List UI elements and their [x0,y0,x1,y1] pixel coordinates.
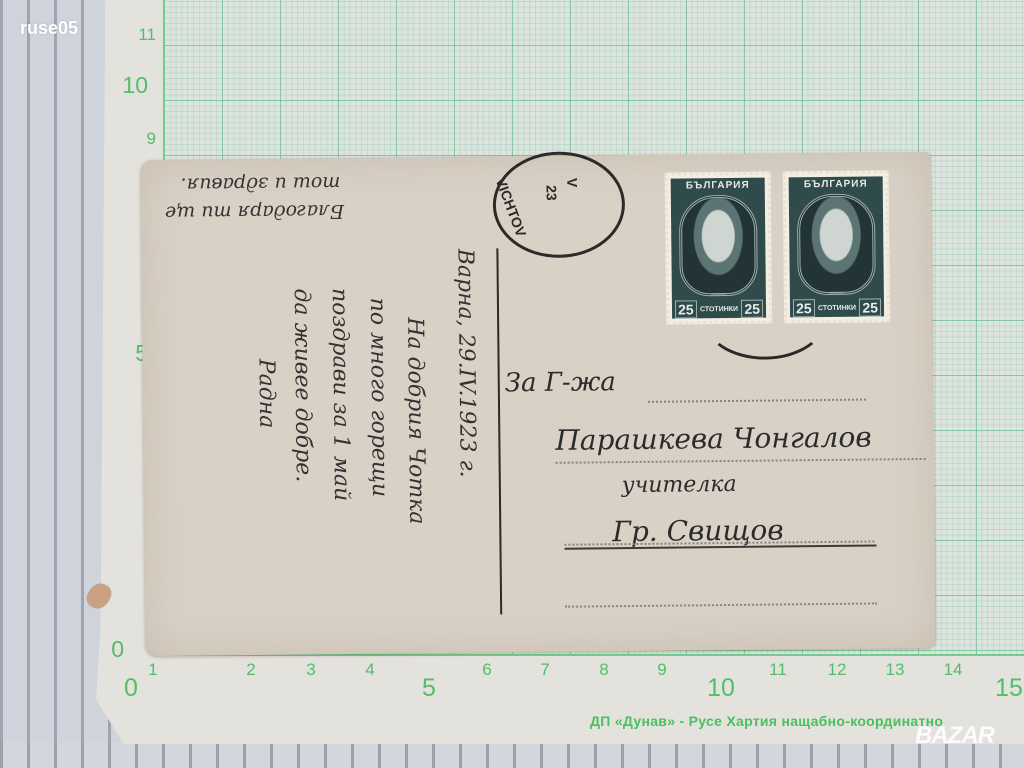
scale-label-x: 11 [763,660,793,680]
scale-label-y: 10 [110,72,148,99]
scale-label-y: 11 [120,25,156,45]
scale-label-x: 6 [472,660,502,680]
notebook-bottom-strip [0,742,1024,768]
postmark-day: 23 [543,185,559,201]
address-dotted-line [556,458,926,464]
message-line: да живее добре. [289,288,316,482]
stamp-value: 25 [859,298,881,316]
stamp-unit: СТОТИНКИ [700,305,738,312]
scale-label-x: 8 [589,660,619,680]
postcard: тош и здравия. Благодаря ти ще Варна, 29… [140,152,935,656]
scale-label-x: 15 [994,674,1024,703]
postage-stamp: БЪЛГАРИЯ 25 СТОТИНКИ 25 [665,172,773,325]
scale-label-x: 7 [530,660,560,680]
stamp-portrait [797,193,876,295]
stamp-portrait [679,195,758,297]
address-dotted-line [648,399,866,403]
stamp-country: БЪЛГАРИЯ [686,180,750,192]
upside-down-note-line: тош и здравия. [181,172,341,196]
scale-label-x: 12 [822,660,852,680]
postmark-city: VICHTOV [493,175,530,239]
message-place-date: Варна, 29.IV.1923 г. [452,249,479,478]
message-signature: Радна [254,359,280,429]
postmark-top: VICHTOV 23 V [492,151,625,258]
stamp-country: БЪЛГАРИЯ [804,179,868,191]
graph-paper-imprint: ДП «Дунав» - Русе Хартия нащабно-координ… [590,713,943,729]
address-line-occupation: учителка [622,472,737,498]
message-line: по много горещи [365,298,392,498]
scale-label-x: 9 [647,660,677,680]
address-line-recipient-title: За Г-жа [505,367,616,398]
scale-label-x: 3 [296,660,326,680]
scale-label-x: 14 [938,660,968,680]
postmark-month: V [564,178,580,188]
stamp-unit: СТОТИНКИ [818,304,856,311]
scale-label-x: 1 [138,660,168,680]
message-line: На добрия Чотка [402,317,429,524]
scale-label-x: 10 [700,674,742,703]
scale-label-x: 13 [880,660,910,680]
upside-down-note-line: Благодаря ти ще [165,200,344,224]
stamp-value: 25 [741,300,763,318]
address-dotted-line [565,602,877,607]
scale-label-y: 9 [120,129,156,149]
postcard-center-divider [496,248,502,614]
stamp-value: 25 [793,299,815,317]
postage-stamp: БЪЛГАРИЯ 25 СТОТИНКИ 25 [783,170,891,323]
stamp-value: 25 [675,300,697,318]
seller-watermark: ruse05 [20,18,78,39]
scale-label-y: 0 [86,636,124,663]
scale-label-x: 2 [236,660,266,680]
address-underline [565,544,877,549]
site-watermark: BAZAR [915,722,994,750]
scale-label-x: 5 [414,674,444,703]
address-line-name: Парашкева Чонгалов [555,421,872,457]
message-line: поздрави за 1 май [327,288,354,501]
scale-label-x: 4 [355,660,385,680]
